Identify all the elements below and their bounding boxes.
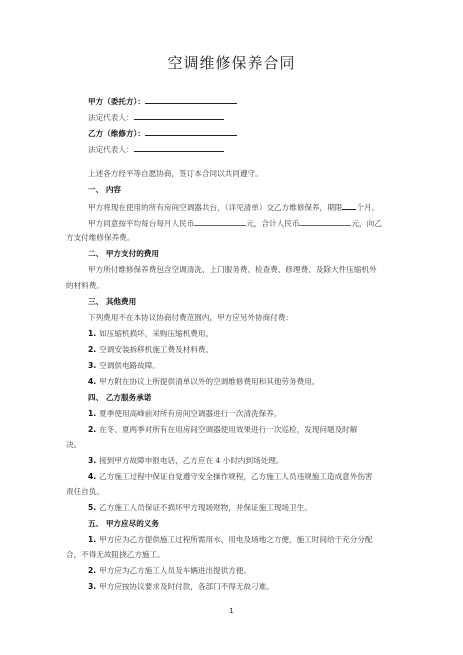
party-b-rep-blank (134, 143, 224, 152)
section-4-heading: 四、 乙方服务承诺 (88, 393, 151, 403)
party-a-label: 甲方（委托方）： (88, 97, 145, 106)
section-4-item-5: 5.乙方施工人员保证不损坏甲方现场财物，并保证施工现场卫生。 (88, 503, 312, 513)
party-b-field: 乙方（维修方）： (88, 127, 237, 139)
section-2-heading: 二、 甲方支付的费用 (88, 249, 159, 259)
document-page: 空调维修保养合同 甲方（委托方）： 法定代表人： 乙方（维修方）： 法定代表人：… (0, 0, 463, 655)
section-2-line-2: 的材料费。 (66, 281, 104, 291)
section-1-line-1: 甲方将现在使用的所有房间空调器共台，（详见清单）交乙方维修保养，期限个月。 (88, 201, 379, 213)
section-5-item-2: 2.甲方应为乙方施工人员及车辆进出提供方便。 (88, 566, 251, 576)
party-a-rep-field: 法定代表人： (88, 111, 224, 123)
section-5-heading: 五、 甲方应尽的义务 (88, 519, 159, 529)
section-4-item-3: 3.接到甲方故障申报电话，乙方应在 4 小时内到场处理。 (88, 456, 283, 466)
monthly-fee-blank (194, 217, 246, 226)
section-3-item-1: 1.如压缩机损坏，采购压缩机费用。 (88, 329, 213, 339)
party-a-rep-blank (134, 111, 224, 120)
contract-title: 空调维修保养合同 (0, 52, 463, 73)
party-a-blank (145, 95, 237, 104)
section-3-item-4: 4.甲方附在协议上所提供清单以外的空调维修费用和其他劳务费用。 (88, 377, 319, 387)
section-5-item-1-cont: 合，不得无故阻挠乙方施工。 (66, 550, 165, 560)
section-4-item-1: 1.夏季使用高峰前对所有房间空调器进行一次清洗保养。 (88, 409, 281, 419)
section-4-item-4-cont: 责任自负。 (66, 487, 104, 497)
section-3-heading: 三、 其他费用 (88, 297, 136, 307)
party-b-rep-field: 法定代表人： (88, 143, 224, 155)
party-a-field: 甲方（委托方）： (88, 95, 237, 107)
section-2-line-1: 甲方所付维修保养费包含空调清洗、上门服务费、检查费、修理费、及除大件压缩机外 (88, 265, 377, 275)
party-b-blank (145, 127, 237, 136)
party-a-rep-label: 法定代表人： (88, 113, 134, 122)
party-b-label: 乙方（维修方）： (88, 129, 145, 138)
party-b-rep-label: 法定代表人： (88, 145, 134, 154)
section-1-line-2: 甲方同意按平均每台每月人民币元，合计人民币元，向乙 (88, 217, 382, 229)
section-3-intro: 下列费用不在本协议协商付费范围内，甲方应另外协商付费： (88, 313, 293, 323)
section-1-line-3: 方支付维修保养费。 (66, 233, 134, 243)
section-5-item-3: 3.甲方应按协议要求及时付款，各部门不得无故刁难。 (88, 582, 274, 592)
section-3-item-3: 3.空调供电路故障。 (88, 361, 160, 371)
term-months-blank (342, 201, 356, 210)
section-3-item-2: 2.空调安装拆移机施工费及材料费。 (88, 345, 213, 355)
section-4-item-4: 4.乙方施工过程中保证自觉遵守安全操作规程，乙方施工人员违规施工造成意外伤害 (88, 472, 373, 482)
section-4-item-2-cont: 决。 (66, 440, 81, 450)
section-5-item-1: 1.甲方应为乙方提供施工过程所需用水、用电及场地之方便，施工时间给于充分分配 (88, 535, 373, 545)
total-fee-blank (299, 217, 351, 226)
section-4-item-2: 2.在冬、夏两季对所有在用房间空调器使用效果进行一次巡检，发现问题及时解 (88, 425, 357, 435)
page-number: 1 (0, 607, 463, 615)
intro-text: 上述各方经平等自愿协商，签订本合同以共同遵守。 (88, 169, 263, 179)
section-1-heading: 一、 内容 (88, 185, 121, 195)
